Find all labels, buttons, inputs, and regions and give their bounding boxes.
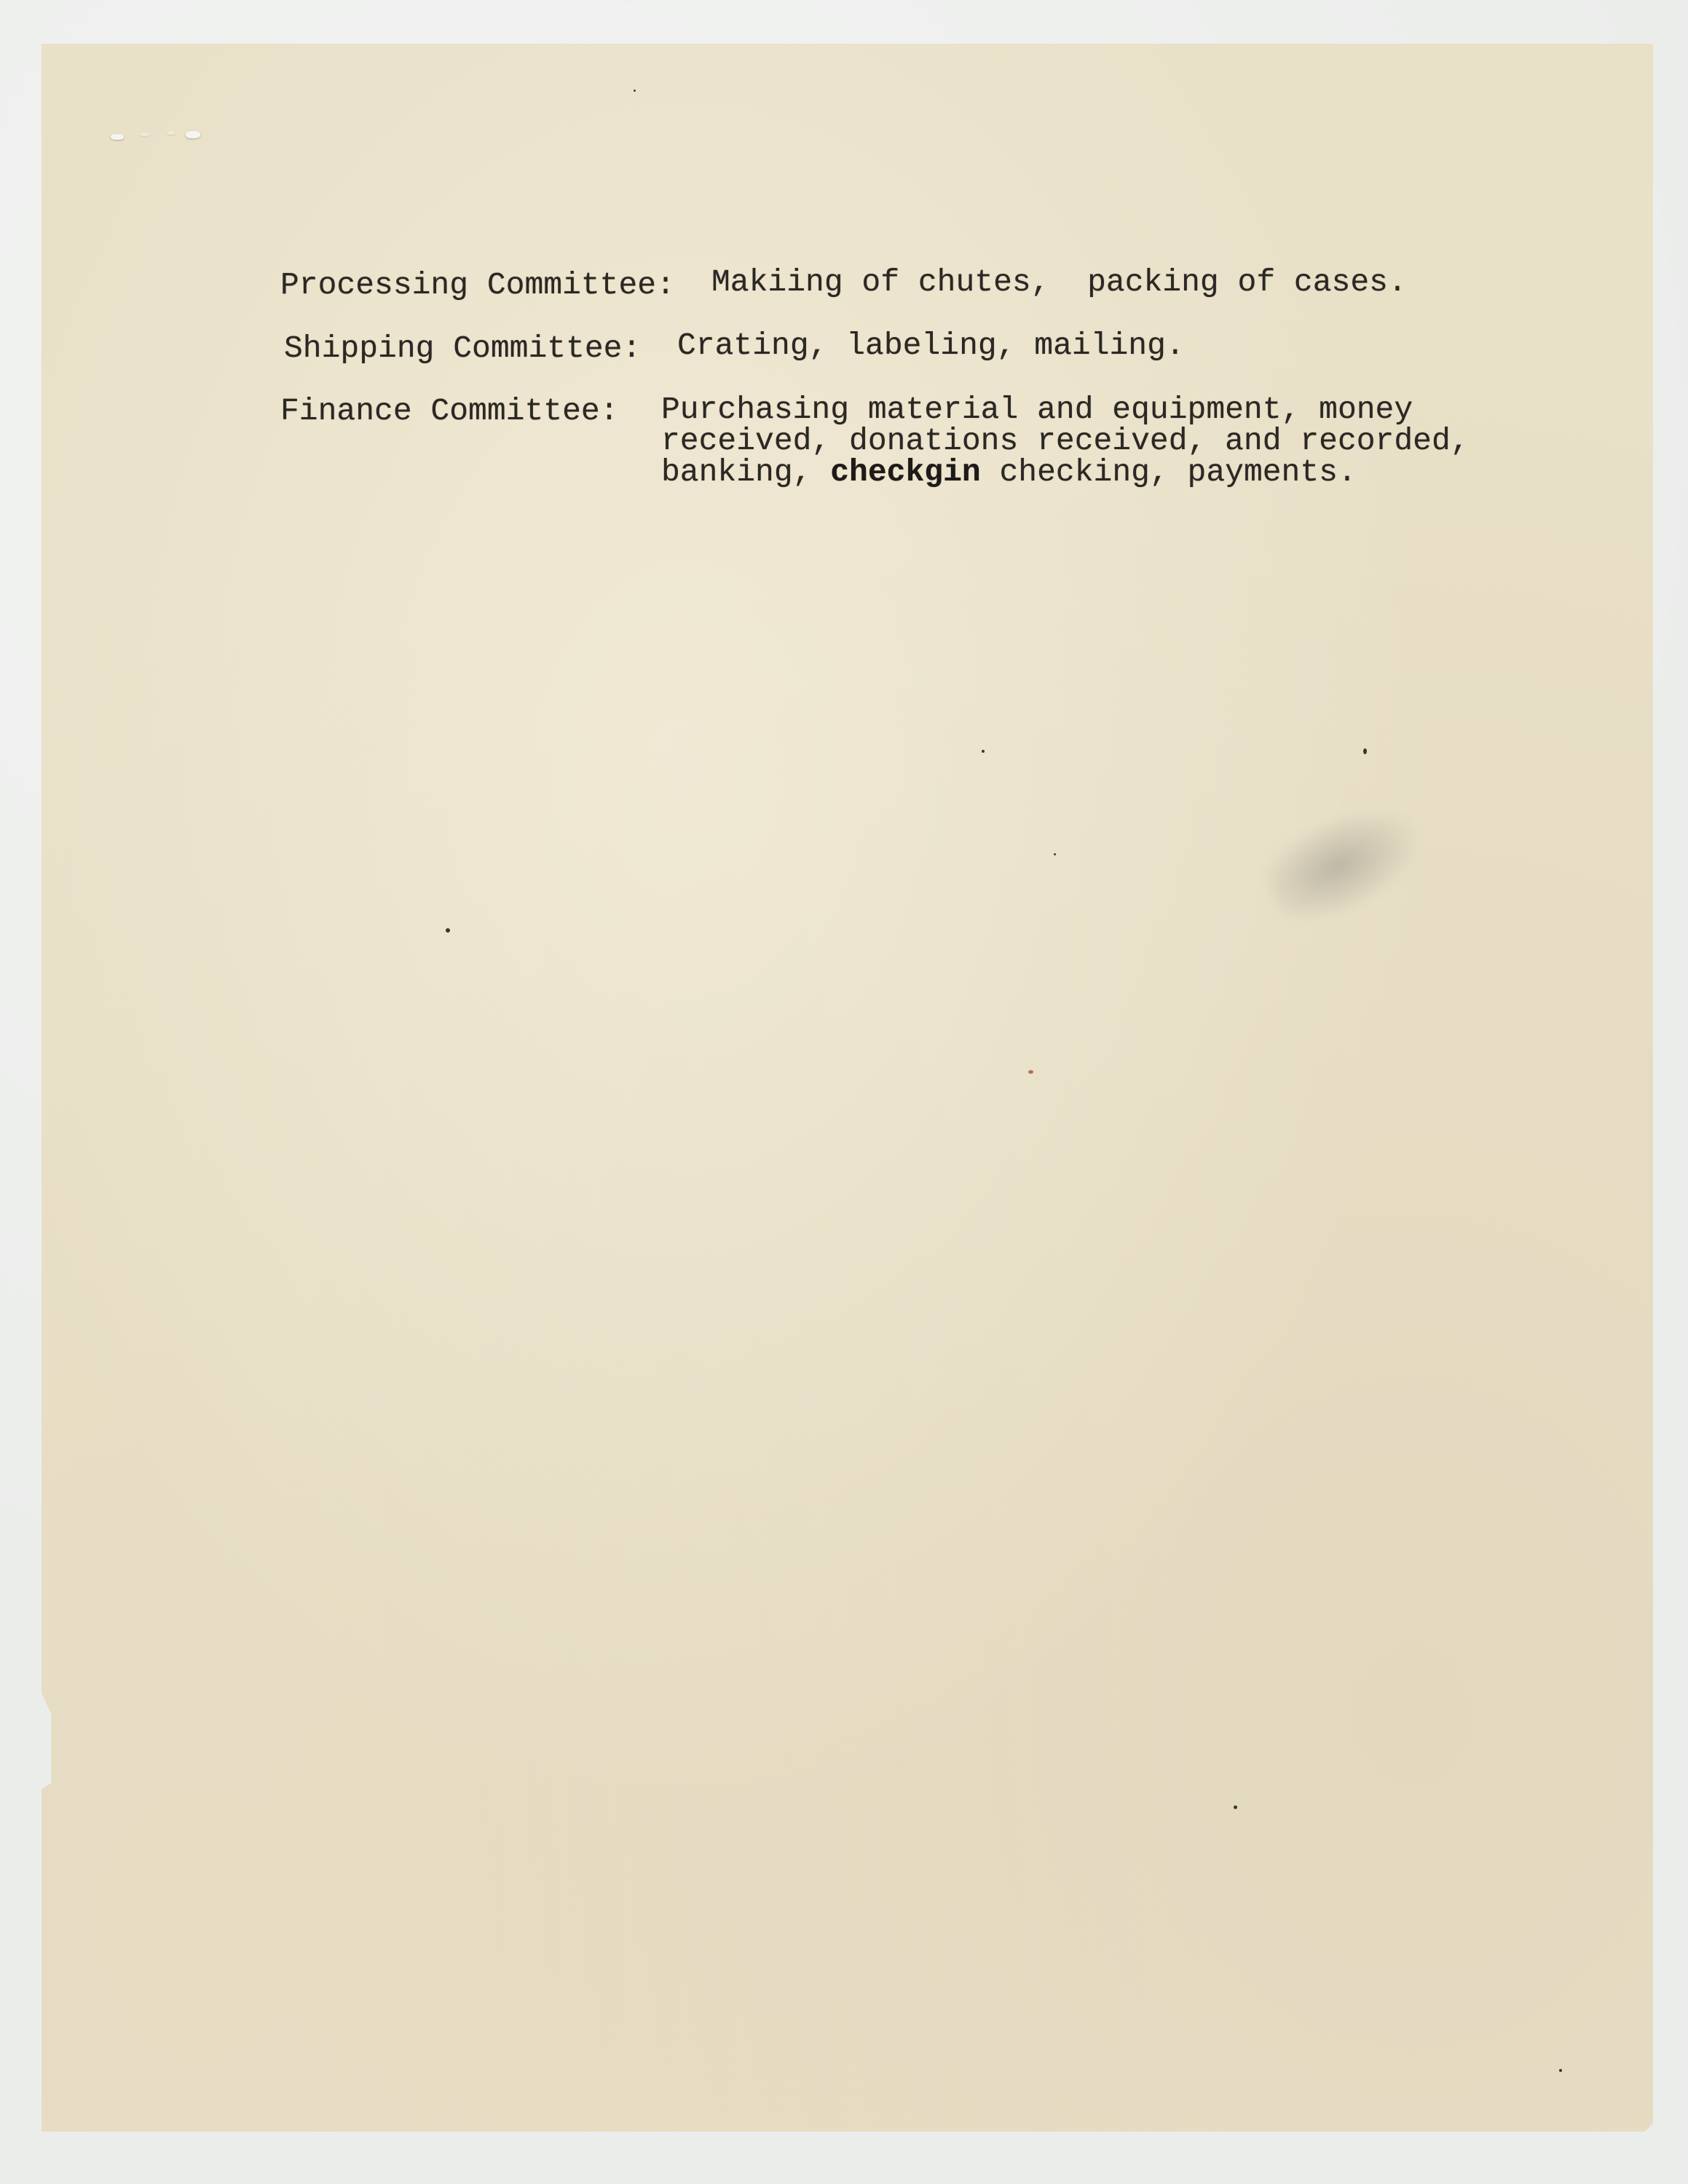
staple-hole-icon [111,134,124,140]
committee-duties-finance-line-1: Purchasing material and equipment, money [661,394,1413,425]
committee-label-shipping: Shipping Committee: [284,333,641,364]
speck [1054,853,1056,855]
speck [1234,1805,1237,1809]
committee-label-finance: Finance Committee: [280,395,618,427]
committee-duties-processing: Makiing of chutes, packing of cases. [711,266,1407,298]
speck [1363,748,1367,754]
speck [634,90,636,92]
overtyped-word: checkgin [830,454,980,490]
pencil-smudge [1253,786,1437,940]
staple-hole-icon [186,131,200,138]
committee-duties-shipping: Crating, labeling, mailing. [677,330,1185,361]
staple-holes [107,125,209,147]
speck [446,928,450,933]
speck [982,750,985,753]
speck [1028,1070,1033,1074]
speck [1559,2069,1562,2072]
finance-line-3-start: banking, [661,454,830,490]
staple-hole-icon [167,131,175,135]
committee-label-processing: Processing Committee: [280,269,675,301]
staple-hole-icon [140,132,150,136]
committee-duties-finance-line-3: banking, checkgin checking, payments. [661,456,1357,488]
finance-line-3-end: checking, payments. [981,454,1357,490]
committee-duties-finance-line-2: received, donations received, and record… [661,425,1470,456]
